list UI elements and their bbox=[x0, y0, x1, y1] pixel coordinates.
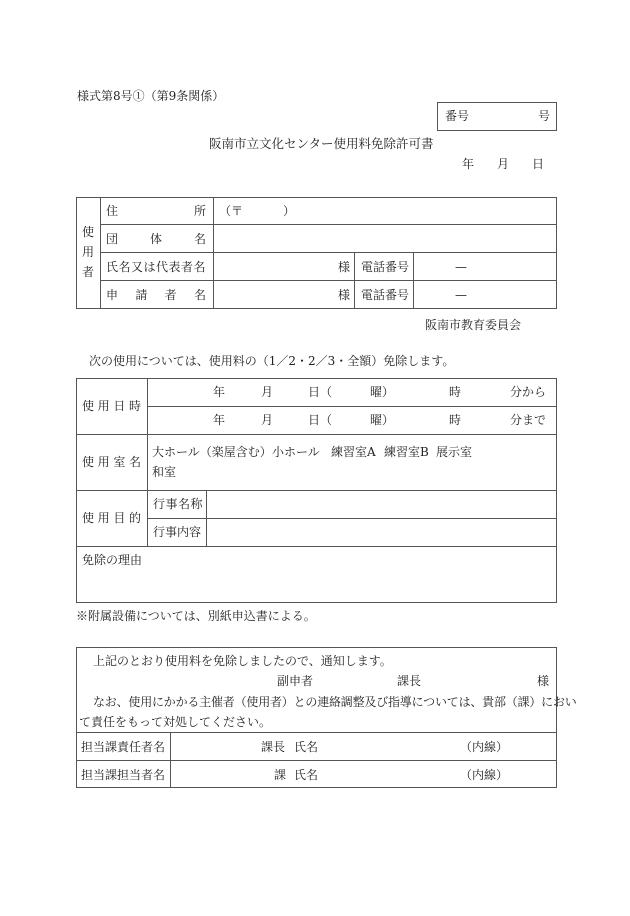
event-name-field[interactable] bbox=[209, 493, 554, 515]
honorific-sama: 様 bbox=[537, 674, 549, 688]
label-event-name: 行事名称 bbox=[153, 497, 203, 511]
address-field[interactable] bbox=[300, 200, 550, 220]
room-option-small-hall[interactable]: 小ホール bbox=[272, 445, 320, 459]
label-responsible: 担当課責任者名 bbox=[81, 740, 165, 754]
label-group-name: 団体名 bbox=[106, 232, 206, 246]
label-usage-datetime: 使用日時 bbox=[82, 399, 141, 413]
responsible-title: 課長 bbox=[261, 740, 285, 754]
room-option-practice-b[interactable]: 練習室B bbox=[384, 445, 429, 459]
room-option-japanese-room[interactable]: 和室 bbox=[152, 465, 176, 479]
user-group-label: 使 用 者 bbox=[81, 222, 95, 282]
date-month: 月 bbox=[497, 157, 509, 171]
responsible-extension: （内線） bbox=[460, 740, 508, 754]
number-label: 番号 bbox=[445, 109, 469, 123]
room-option-large-hall[interactable]: 大ホール（楽屋含む） bbox=[152, 445, 272, 459]
representative-phone-field[interactable] bbox=[416, 255, 554, 277]
form-id: 様式第8号①（第9条関係） bbox=[77, 89, 224, 103]
event-content-field[interactable] bbox=[209, 521, 554, 543]
exemption-reason-field[interactable] bbox=[80, 570, 554, 600]
room-option-exhibition[interactable]: 展示室 bbox=[436, 445, 472, 459]
equipment-note: ※附属設備については、別紙申込書による。 bbox=[76, 609, 316, 623]
contact-extension: （内線） bbox=[460, 768, 508, 782]
address-postal-close: ） bbox=[283, 204, 295, 218]
phone-label: 電話番号 bbox=[361, 288, 409, 302]
group-name-field[interactable] bbox=[216, 227, 554, 249]
room-option-practice-a[interactable]: 練習室A bbox=[331, 445, 376, 459]
contact-name-label: 氏名 bbox=[294, 768, 318, 782]
cc-label: 副申者 bbox=[277, 674, 313, 688]
chief-label: 課長 bbox=[397, 674, 421, 688]
number-box: 番号 号 bbox=[437, 102, 557, 131]
address-postal-open: （〒 bbox=[219, 204, 243, 218]
label-exemption-reason: 免除の理由 bbox=[82, 553, 142, 567]
responsible-name-field[interactable] bbox=[320, 735, 455, 757]
notice-line-1: 上記のとおり使用料を免除しましたので、通知します。 bbox=[93, 654, 392, 668]
issuer: 阪南市教育委員会 bbox=[425, 318, 521, 332]
notice-line-3: なお、使用にかかる主催者（使用者）との連絡調整及び指導については、貴部（課）にお… bbox=[93, 695, 577, 709]
date-year: 年 bbox=[462, 157, 474, 171]
contact-title: 課 bbox=[274, 768, 286, 782]
honorific-sama: 様 bbox=[338, 260, 350, 274]
notice-line-4: て責任をもって対処してください。 bbox=[79, 715, 271, 729]
applicant-field[interactable] bbox=[216, 283, 334, 305]
date-day: 日 bbox=[532, 157, 544, 171]
phone-label: 電話番号 bbox=[361, 260, 409, 274]
label-purpose: 使用目的 bbox=[82, 511, 141, 525]
number-suffix: 号 bbox=[538, 109, 550, 123]
honorific-sama: 様 bbox=[338, 288, 350, 302]
label-address: 住所 bbox=[106, 204, 206, 218]
exemption-statement: 次の使用については、使用料の（1／2・2／3・全額）免除します。 bbox=[89, 354, 454, 368]
label-representative: 氏名又は代表者名 bbox=[106, 260, 206, 274]
label-applicant: 申請者名 bbox=[106, 288, 206, 302]
document-title: 阪南市立文化センター使用料免除許可書 bbox=[209, 137, 434, 151]
responsible-name-label: 氏名 bbox=[294, 740, 318, 754]
contact-name-field[interactable] bbox=[320, 763, 455, 785]
label-event-content: 行事内容 bbox=[153, 525, 201, 539]
label-room-name: 使用室名 bbox=[82, 455, 141, 469]
label-contact: 担当課担当者名 bbox=[81, 768, 165, 782]
representative-field[interactable] bbox=[216, 255, 334, 277]
applicant-phone-field[interactable] bbox=[416, 283, 554, 305]
